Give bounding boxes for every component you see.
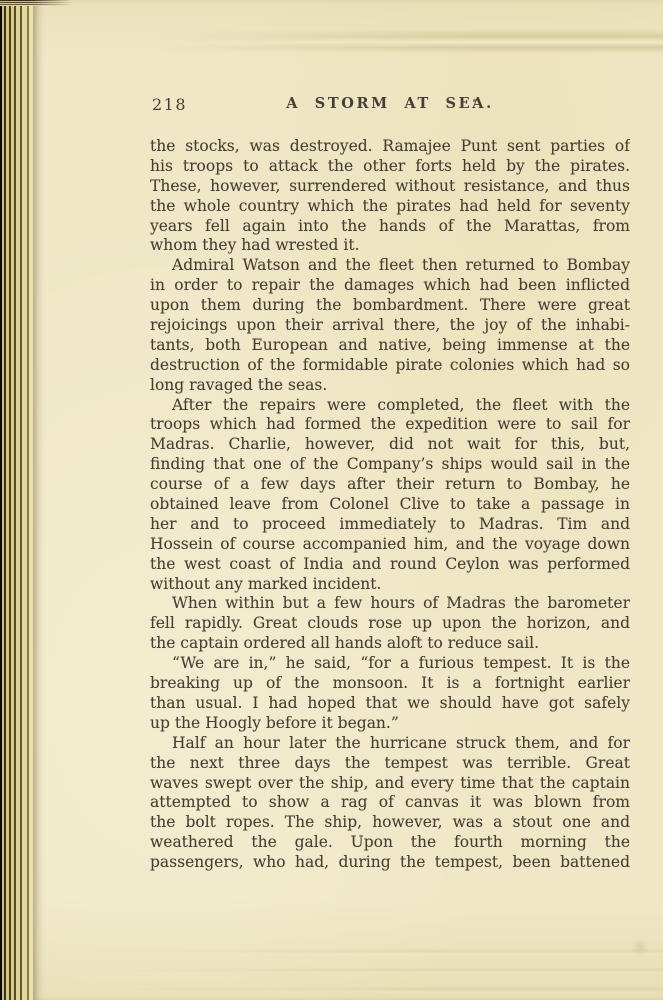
text-line: course of a few days after their return …: [150, 475, 630, 495]
text-line: waves swept over the ship, and every tim…: [150, 774, 630, 794]
text-line: Half an hour later the hurricane struck …: [150, 734, 630, 754]
text-line: the stocks, was destroyed. Ramajee Punt …: [150, 137, 630, 157]
text-line: finding that one of the Company’s ships …: [150, 455, 630, 475]
text-line: breaking up of the monsoon. It is a fort…: [150, 674, 630, 694]
text-line: her and to proceed immediately to Madras…: [150, 515, 630, 535]
text-line: years fell again into the hands of the M…: [150, 217, 630, 237]
page-bottom-edge-band: [93, 942, 663, 1000]
body-text: the stocks, was destroyed. Ramajee Punt …: [150, 137, 630, 873]
paper-stain: [630, 938, 650, 956]
text-line: whom they had wrested it.: [150, 236, 630, 256]
print-speck: [473, 99, 476, 102]
text-line: the bolt ropes. The ship, however, was a…: [150, 813, 630, 833]
page-top-edge-band: [153, 29, 663, 53]
text-line: After the repairs were completed, the fl…: [150, 396, 630, 416]
text-line: than usual. I had hoped that we should h…: [150, 694, 630, 714]
text-line: Admiral Watson and the fleet then return…: [150, 256, 630, 276]
text-line: fell rapidly. Great clouds rose up upon …: [150, 614, 630, 634]
text-line: up the Hoogly before it began.”: [150, 714, 630, 734]
page-edges-top-curve: [0, 0, 72, 6]
text-line: the next three days the tempest was terr…: [150, 754, 630, 774]
text-line: Hossein of course accompanied him, and t…: [150, 535, 630, 555]
text-line: attempted to show a rag of canvas it was…: [150, 793, 630, 813]
running-header: A STORM AT SEA.: [150, 95, 630, 112]
text-line: passengers, who had, during the tempest,…: [150, 853, 630, 873]
text-line: troops which had formed the expedition w…: [150, 415, 630, 435]
text-line: “We are in,” he said, “for a furious tem…: [150, 654, 630, 674]
text-line: tants, both European and native, being i…: [150, 336, 630, 356]
text-line: obtained leave from Colonel Clive to tak…: [150, 495, 630, 515]
text-line: Madras. Charlie, however, did not wait f…: [150, 435, 630, 455]
text-line: destruction of the formidable pirate col…: [150, 356, 630, 376]
page-header: 218 A STORM AT SEA.: [150, 95, 630, 115]
text-line: without any marked incident.: [150, 575, 630, 595]
text-line: his troops to attack the other forts hel…: [150, 157, 630, 177]
text-line: the west coast of India and round Ceylon…: [150, 555, 630, 575]
book-page-edges: [0, 0, 36, 1000]
text-line: weathered the gale. Upon the fourth morn…: [150, 833, 630, 853]
text-line: long ravaged the seas.: [150, 376, 630, 396]
text-line: When within but a few hours of Madras th…: [150, 594, 630, 614]
text-line: in order to repair the damages which had…: [150, 276, 630, 296]
text-line: the whole country which the pirates had …: [150, 197, 630, 217]
page-number: 218: [152, 95, 187, 114]
text-line: upon them during the bombardment. There …: [150, 296, 630, 316]
book-page-scan: 218 A STORM AT SEA. the stocks, was dest…: [0, 0, 663, 1000]
text-line: rejoicings upon their arrival there, the…: [150, 316, 630, 336]
text-line: These, however, surrendered without resi…: [150, 177, 630, 197]
text-line: the captain ordered all hands aloft to r…: [150, 634, 630, 654]
